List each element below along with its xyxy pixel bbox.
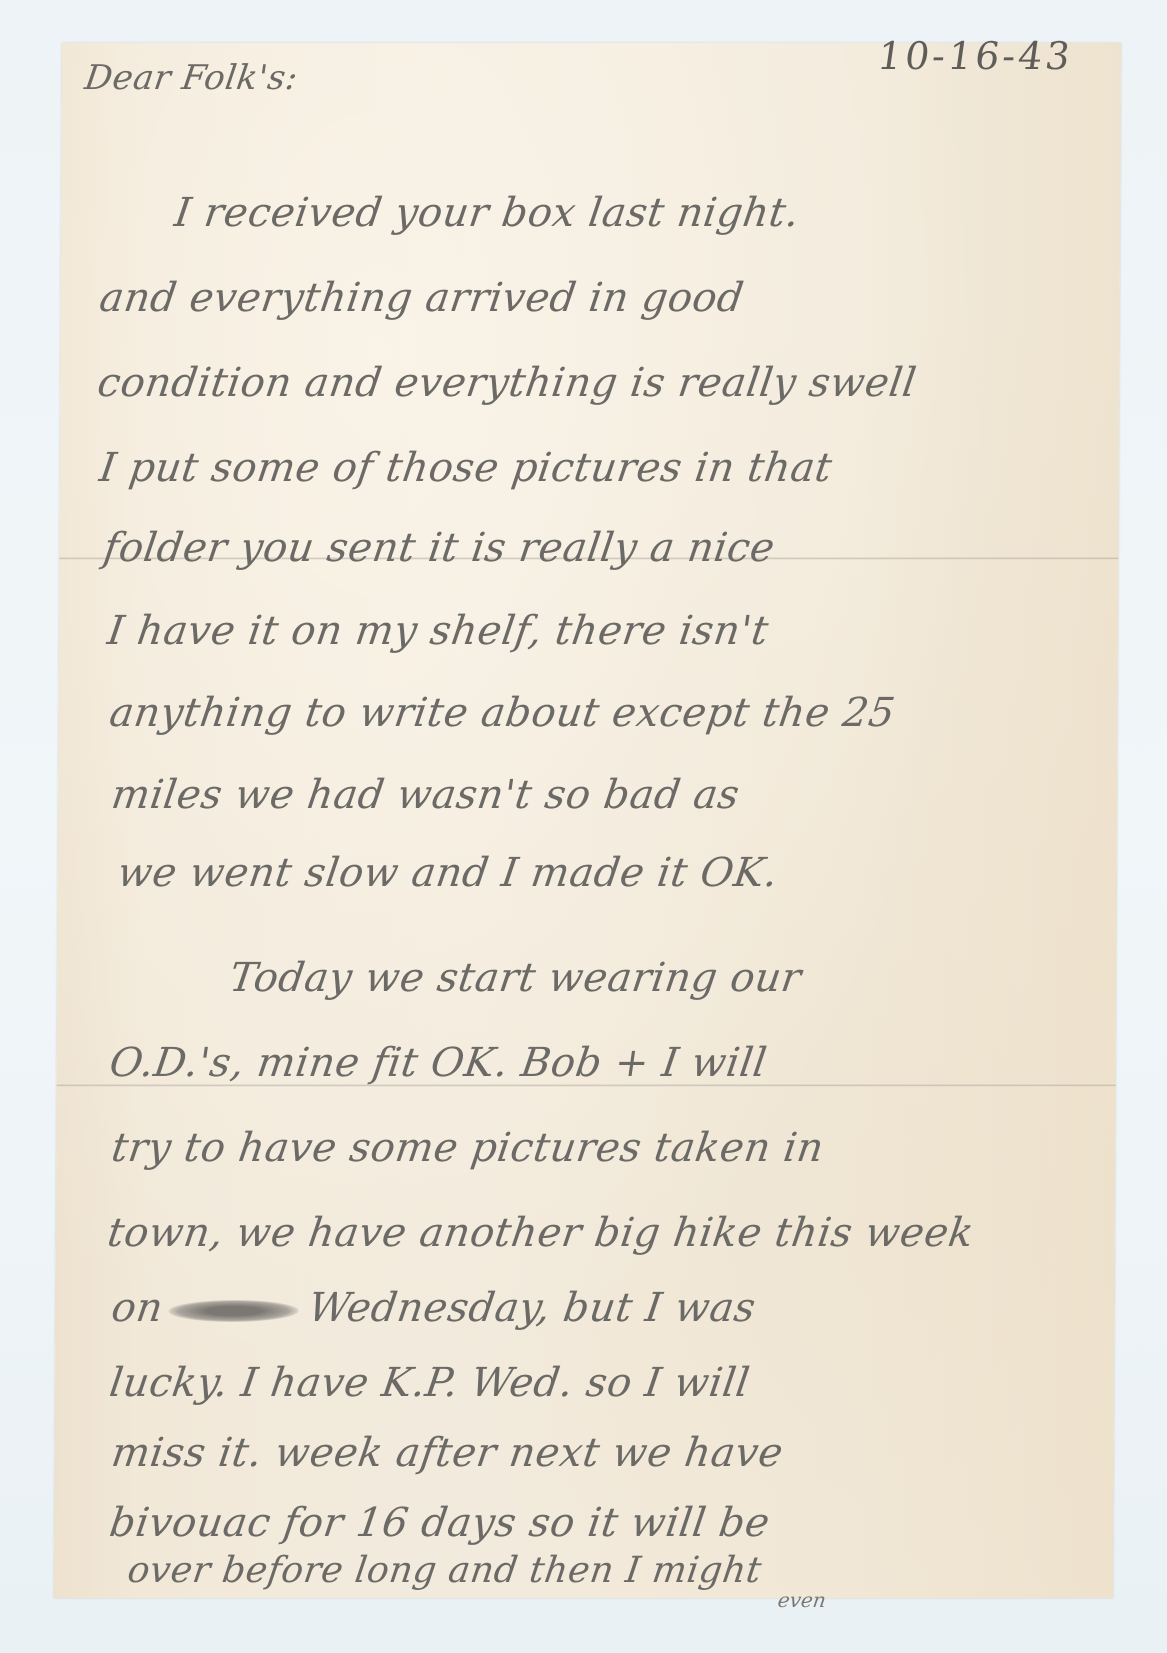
inserted-word: even (776, 1588, 827, 1612)
letter-line-5: folder you sent it is really a nice (101, 525, 778, 571)
letter-line-1: I received your box last night. (172, 190, 803, 236)
letter-line-2: and everything arrived in good (97, 275, 747, 321)
letter-line-12: try to have some pictures taken in (109, 1125, 827, 1171)
letter-line-18: over before long and then I might (125, 1550, 764, 1591)
letter-word-wednesday: Wednesday, but I was (306, 1285, 759, 1331)
letter-line-15: lucky. I have K.P. Wed. so I will (107, 1360, 753, 1406)
letter-line-16: miss it. week after next we have (109, 1430, 786, 1476)
letter-line-13: town, we have another big hike this week (105, 1210, 977, 1256)
letter-word-on: on (109, 1285, 166, 1331)
letter-line-8: miles we had wasn't so bad as (109, 772, 743, 818)
letter-line-6: I have it on my shelf, there isn't (105, 608, 772, 654)
crossed-out-word (167, 1300, 300, 1322)
letter-line-14: onWednesday, but I was (109, 1285, 759, 1331)
letter-line-11: O.D.'s, mine fit OK. Bob + I will (107, 1040, 770, 1086)
letter-line-10: Today we start wearing our (227, 955, 805, 1001)
letter-line-3: condition and everything is really swell (95, 360, 919, 406)
letter-line-9: we went slow and I made it OK. (115, 850, 781, 896)
letter-line-7: anything to write about except the 25 (107, 690, 898, 736)
letter-salutation: Dear Folk's: (82, 58, 300, 98)
letter-line-17: bivouac for 16 days so it will be (107, 1500, 773, 1546)
letter-date: 10-16-43 (875, 34, 1076, 78)
letter-line-4: I put some of those pictures in that (97, 445, 835, 491)
